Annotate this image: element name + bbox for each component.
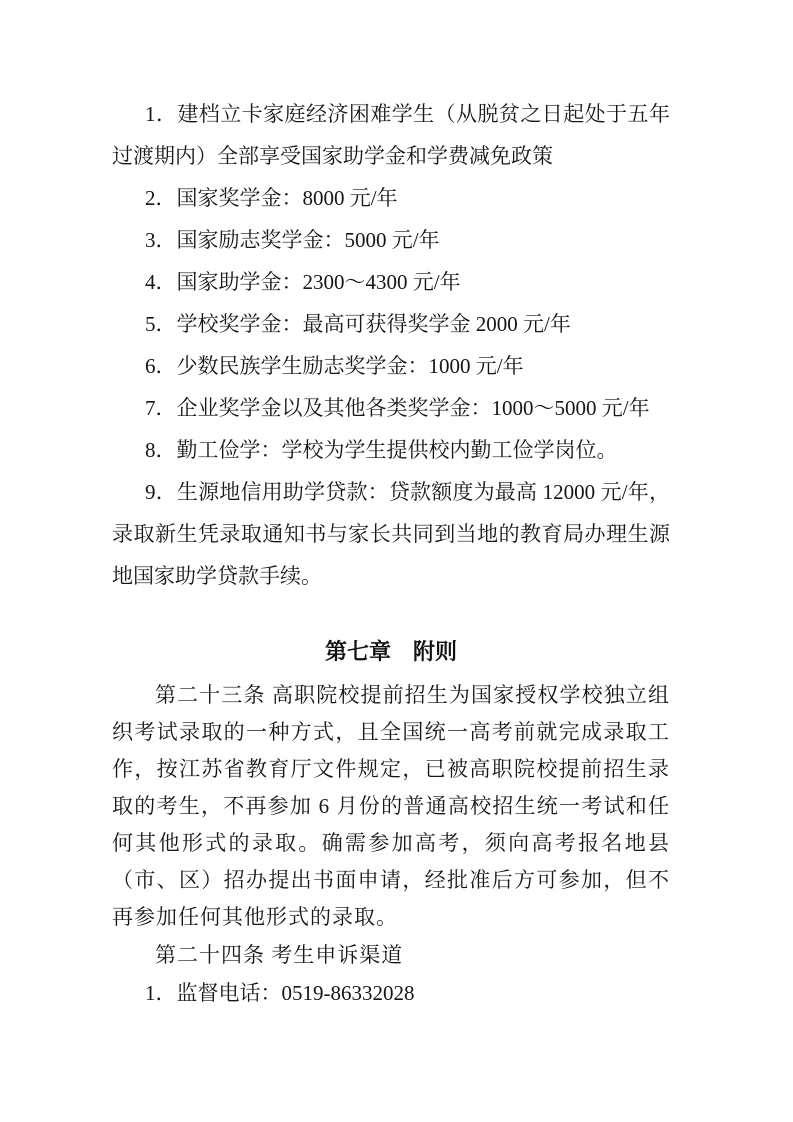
document-page: 1．建档立卡家庭经济困难学生（从脱贫之日起处于五年过渡期内）全部享受国家助学金和… xyxy=(0,0,793,1122)
chapter-heading: 第七章 附则 xyxy=(112,637,670,667)
funding-item-3: 3．国家励志奖学金：5000 元/年 xyxy=(112,219,670,261)
funding-item-1: 1．建档立卡家庭经济困难学生（从脱贫之日起处于五年过渡期内）全部享受国家助学金和… xyxy=(112,93,670,177)
funding-item-4: 4．国家助学金：2300～4300 元/年 xyxy=(112,261,670,303)
funding-item-2: 2．国家奖学金：8000 元/年 xyxy=(112,177,670,219)
article-24-paragraph: 第二十四条 考生申诉渠道 xyxy=(112,936,670,974)
funding-item-8: 8．勤工俭学：学校为学生提供校内勤工俭学岗位。 xyxy=(112,429,670,471)
article-23-paragraph: 第二十三条 高职院校提前招生为国家授权学校独立组织考试录取的一种方式，且全国统一… xyxy=(112,677,670,936)
funding-item-5: 5．学校奖学金：最高可获得奖学金 2000 元/年 xyxy=(112,303,670,345)
supervision-phone-line: 1．监督电话：0519-86332028 xyxy=(112,974,670,1012)
document-text-block: 1．建档立卡家庭经济困难学生（从脱贫之日起处于五年过渡期内）全部享受国家助学金和… xyxy=(112,93,670,1012)
funding-item-9: 9．生源地信用助学贷款：贷款额度为最高 12000 元/年，录取新生凭录取通知书… xyxy=(112,471,670,597)
funding-item-6: 6．少数民族学生励志奖学金：1000 元/年 xyxy=(112,345,670,387)
funding-item-7: 7．企业奖学金以及其他各类奖学金：1000～5000 元/年 xyxy=(112,387,670,429)
